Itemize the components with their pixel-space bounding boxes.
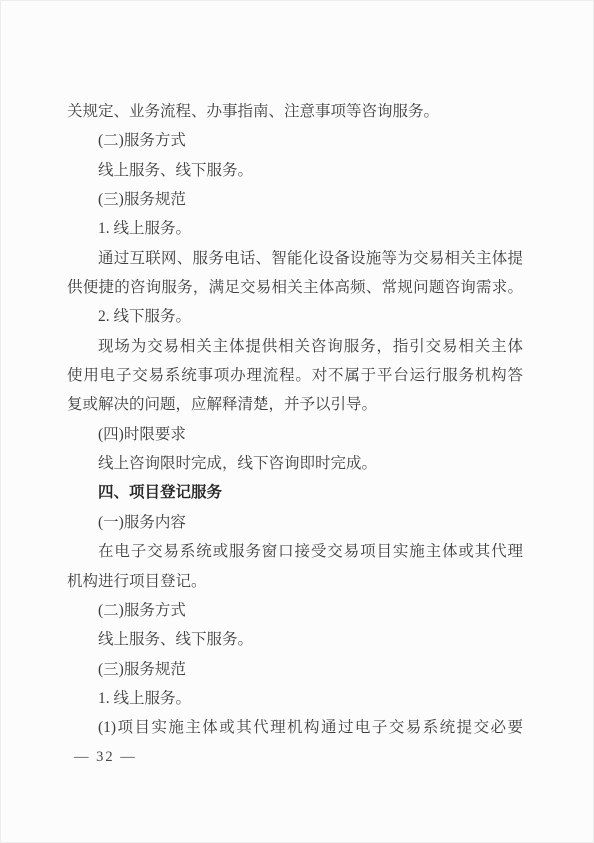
body-line: 线上服务、线下服务。 (67, 156, 523, 185)
body-line: 关规定、业务流程、办事指南、注意事项等咨询服务。 (67, 97, 523, 126)
body-line: 在电子交易系统或服务窗口接受交易项目实施主体或其代理 (67, 537, 523, 566)
section-heading: 四、项目登记服务 (67, 478, 523, 507)
body-line: 通过互联网、服务电话、智能化设备设施等为交易相关主体提 (67, 244, 523, 273)
body-line: 现场为交易相关主体提供相关咨询服务，指引交易相关主体 (67, 332, 523, 361)
document-page: 关规定、业务流程、办事指南、注意事项等咨询服务。(二)服务方式线上服务、线下服务… (0, 0, 594, 843)
subsection-heading: (三)服务规范 (67, 655, 523, 684)
body-line: 供便捷的咨询服务，满足交易相关主体高频、常规问题咨询需求。 (67, 273, 523, 302)
item-heading: 1. 线上服务。 (67, 684, 523, 713)
page-number: — 32 — (74, 746, 137, 768)
body-line: 线上咨询限时完成，线下咨询即时完成。 (67, 449, 523, 478)
document-body: 关规定、业务流程、办事指南、注意事项等咨询服务。(二)服务方式线上服务、线下服务… (67, 97, 523, 743)
body-line: 使用电子交易系统事项办理流程。对不属于平台运行服务机构答 (67, 361, 523, 390)
item-heading: 1. 线上服务。 (67, 214, 523, 243)
subsection-heading: (二)服务方式 (67, 596, 523, 625)
body-line: 线上服务、线下服务。 (67, 625, 523, 654)
subsection-heading: (一)服务内容 (67, 508, 523, 537)
subsection-heading: (二)服务方式 (67, 126, 523, 155)
body-line: 复或解决的问题，应解释清楚，并予以引导。 (67, 390, 523, 419)
body-line: 机构进行项目登记。 (67, 567, 523, 596)
subsection-heading: (三)服务规范 (67, 185, 523, 214)
subsection-heading: (四)时限要求 (67, 420, 523, 449)
body-line: (1)项目实施主体或其代理机构通过电子交易系统提交必要 (67, 713, 523, 742)
item-heading: 2. 线下服务。 (67, 302, 523, 331)
